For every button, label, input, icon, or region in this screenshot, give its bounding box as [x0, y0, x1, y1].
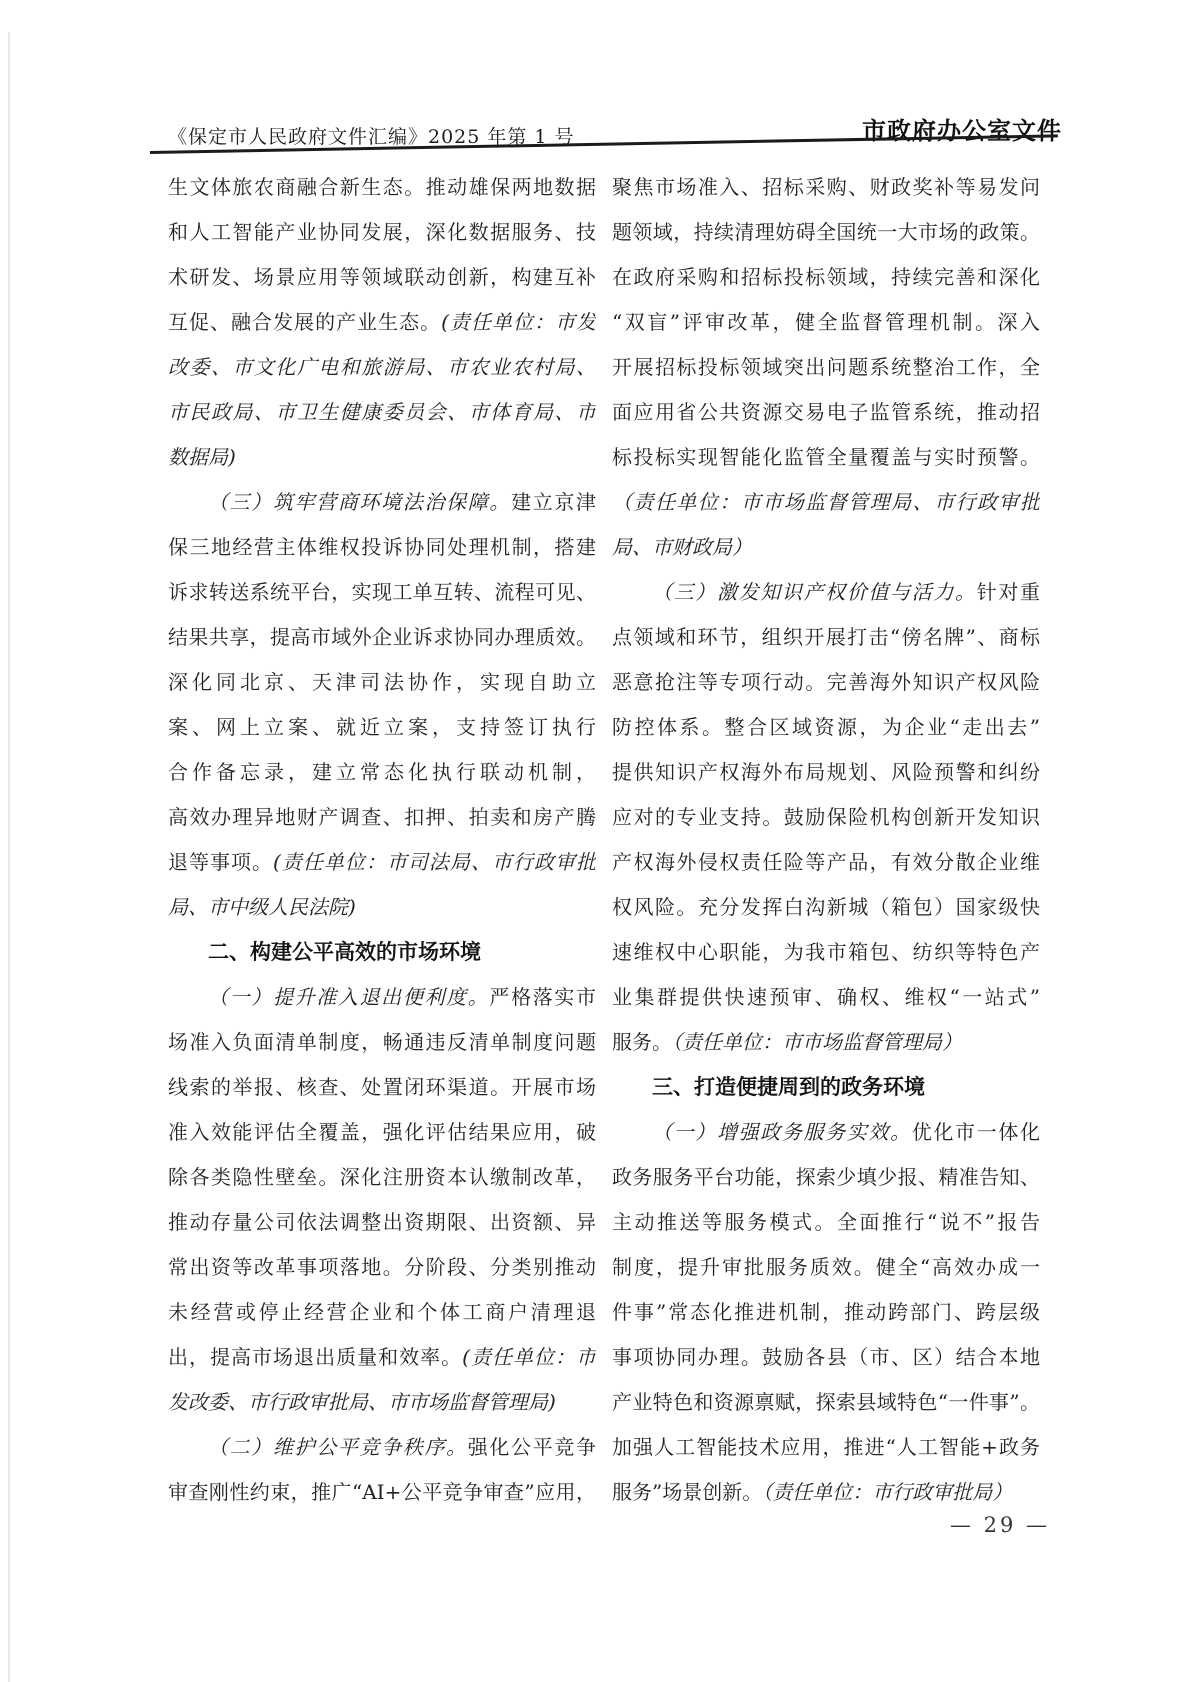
text-line: 点领域和环节，组织开展打击“傍名牌”、商标: [612, 615, 1040, 660]
text-line: 和人工智能产业协同发展，深化数据服务、技: [168, 210, 596, 255]
responsible-unit-text: 改委、市文化广电和旅游局、市农业农村局、: [168, 355, 596, 379]
text-line: 高效办理异地财产调查、扣押、拍卖和房产腾: [168, 795, 596, 840]
text-line: 制度，提升审批服务质效。健全“高效办成一: [612, 1245, 1040, 1290]
text-line: 权风险。充分发挥白沟新城（箱包）国家级快: [612, 885, 1040, 930]
text-line: 聚焦市场准入、招标采购、财政奖补等易发问: [612, 165, 1040, 210]
text-line: 案、网上立案、就近立案，支持签订执行: [168, 705, 596, 750]
responsible-unit-text: （一）提升准入退出便利度。: [208, 985, 489, 1009]
text-line: 题领域，持续清理妨碍全国统一大市场的政策。: [612, 210, 1040, 255]
text-line: 准入效能评估全覆盖，强化评估结果应用，破: [168, 1110, 596, 1155]
responsible-unit-text: （责任单位：市市场监督管理局）: [672, 1030, 962, 1054]
text-line: 服务。（责任单位：市市场监督管理局）: [612, 1020, 1040, 1065]
page-number: — 29 —: [880, 1513, 1120, 1537]
text-line: 未经营或停止经营企业和个体工商户清理退: [168, 1290, 596, 1335]
responsible-unit-text: 市民政局、市卫生健康委员会、市体育局、市: [168, 400, 596, 424]
text-line: 恶意抢注等专项行动。完善海外知识产权风险: [612, 660, 1040, 705]
text-line: 诉求转送系统平台，实现工单互转、流程可见、: [168, 570, 596, 615]
text-line: 常出资等改革事项落地。分阶段、分类别推动: [168, 1245, 596, 1290]
responsible-unit-text: （责任单位：市行政审批局）: [762, 1480, 1012, 1504]
section-heading: 三、打造便捷周到的政务环境: [612, 1065, 1040, 1110]
text-line: 出，提高市场退出质量和效率。(责任单位：市: [168, 1335, 596, 1380]
text-line: 产业特色和资源禀赋，探索县域特色“一件事”。: [612, 1380, 1040, 1425]
text-line: （一）增强政务服务实效。优化市一体化: [612, 1110, 1040, 1155]
text-line: 业集群提供快速预审、确权、维权“一站式”: [612, 975, 1040, 1020]
responsible-unit-text: （责任单位：市市场监督管理局、市行政审批: [612, 490, 1040, 514]
responsible-unit-text: （一）增强政务服务实效。: [652, 1120, 912, 1144]
responsible-unit-text: （二）维护公平竞争秩序。: [208, 1435, 468, 1459]
text-line: 事项协同办理。鼓励各县（市、区）结合本地: [612, 1335, 1040, 1380]
section-heading: 二、构建公平高效的市场环境: [168, 930, 596, 975]
text-line: 审查刚性约束，推广“AI+公平竞争审查”应用，: [168, 1470, 596, 1515]
responsible-unit-text: (责任单位：市发: [441, 310, 596, 334]
text-line: 术研发、场景应用等领域联动创新，构建互补: [168, 255, 596, 300]
text-line: 发改委、市行政审批局、市市场监督管理局): [168, 1380, 596, 1425]
text-line: 应对的专业支持。鼓励保险机构创新开发知识: [612, 795, 1040, 840]
text-line: 标投标实现智能化监管全量覆盖与实时预警。: [612, 435, 1040, 480]
text-line: （三）激发知识产权价值与活力。针对重: [612, 570, 1040, 615]
text-line: 深化同北京、天津司法协作，实现自助立: [168, 660, 596, 705]
column-left: 生文体旅农商融合新生态。推动雄保两地数据和人工智能产业协同发展，深化数据服务、技…: [168, 165, 596, 1515]
text-line: （一）提升准入退出便利度。严格落实市: [168, 975, 596, 1020]
text-line: 保三地经营主体维权投诉协同处理机制，搭建: [168, 525, 596, 570]
text-line: （二）维护公平竞争秩序。强化公平竞争: [168, 1425, 596, 1470]
text-line: 件事”常态化推进机制，推动跨部门、跨层级: [612, 1290, 1040, 1335]
text-line: （责任单位：市市场监督管理局、市行政审批: [612, 480, 1040, 525]
text-line: “双盲”评审改革，健全监督管理机制。深入: [612, 300, 1040, 345]
text-line: 局、市中级人民法院): [168, 885, 596, 930]
document-page: 《保定市人民政府文件汇编》2025 年第 1 号 市政府办公室文件 生文体旅农商…: [0, 0, 1190, 1682]
responsible-unit-text: 局、市中级人民法院): [168, 895, 356, 919]
text-line: 线索的举报、核查、处置闭环渠道。开展市场: [168, 1065, 596, 1110]
responsible-unit-text: 局、市财政局）: [612, 535, 752, 559]
text-line: 除各类隐性壁垒。深化注册资本认缴制改革，: [168, 1155, 596, 1200]
text-line: 市民政局、市卫生健康委员会、市体育局、市: [168, 390, 596, 435]
text-line: 防控体系。整合区域资源，为企业“走出去”: [612, 705, 1040, 750]
responsible-unit-text: 发改委、市行政审批局、市市场监督管理局): [168, 1390, 556, 1414]
responsible-unit-text: (责任单位：市: [462, 1345, 596, 1369]
text-line: 开展招标投标领域突出问题系统整治工作，全: [612, 345, 1040, 390]
scan-edge-line: [8, 32, 10, 1682]
responsible-unit-text: 数据局): [168, 445, 236, 469]
responsible-unit-text: (责任单位：市司法局、市行政审批: [273, 850, 596, 874]
text-line: 加强人工智能技术应用，推进“人工智能+政务: [612, 1425, 1040, 1470]
text-line: 速维权中心职能，为我市箱包、纺织等特色产: [612, 930, 1040, 975]
text-line: 互促、融合发展的产业生态。(责任单位：市发: [168, 300, 596, 345]
text-line: 退等事项。(责任单位：市司法局、市行政审批: [168, 840, 596, 885]
column-right: 聚焦市场准入、招标采购、财政奖补等易发问题领域，持续清理妨碍全国统一大市场的政策…: [612, 165, 1040, 1515]
header-document-category: 市政府办公室文件: [862, 111, 1062, 146]
responsible-unit-text: （三）筑牢营商环境法治保障。: [208, 490, 511, 514]
text-line: 数据局): [168, 435, 596, 480]
text-line: 推动存量公司依法调整出资期限、出资额、异: [168, 1200, 596, 1245]
text-line: 合作备忘录，建立常态化执行联动机制，: [168, 750, 596, 795]
text-line: 场准入负面清单制度，畅通违反清单制度问题: [168, 1020, 596, 1065]
text-line: 结果共享，提高市域外企业诉求协同办理质效。: [168, 615, 596, 660]
text-line: 局、市财政局）: [612, 525, 1040, 570]
text-line: （三）筑牢营商环境法治保障。建立京津: [168, 480, 596, 525]
responsible-unit-text: （三）激发知识产权价值与活力。: [652, 580, 977, 604]
text-line: 改委、市文化广电和旅游局、市农业农村局、: [168, 345, 596, 390]
text-line: 面应用省公共资源交易电子监管系统，推动招: [612, 390, 1040, 435]
text-line: 提供知识产权海外布局规划、风险预警和纠纷: [612, 750, 1040, 795]
text-line: 生文体旅农商融合新生态。推动雄保两地数据: [168, 165, 596, 210]
text-line: 产权海外侵权责任险等产品，有效分散企业维: [612, 840, 1040, 885]
text-line: 在政府采购和招标投标领域，持续完善和深化: [612, 255, 1040, 300]
text-line: 服务”场景创新。（责任单位：市行政审批局）: [612, 1470, 1040, 1515]
text-line: 政务服务平台功能，探索少填少报、精准告知、: [612, 1155, 1040, 1200]
text-line: 主动推送等服务模式。全面推行“说不”报告: [612, 1200, 1040, 1245]
